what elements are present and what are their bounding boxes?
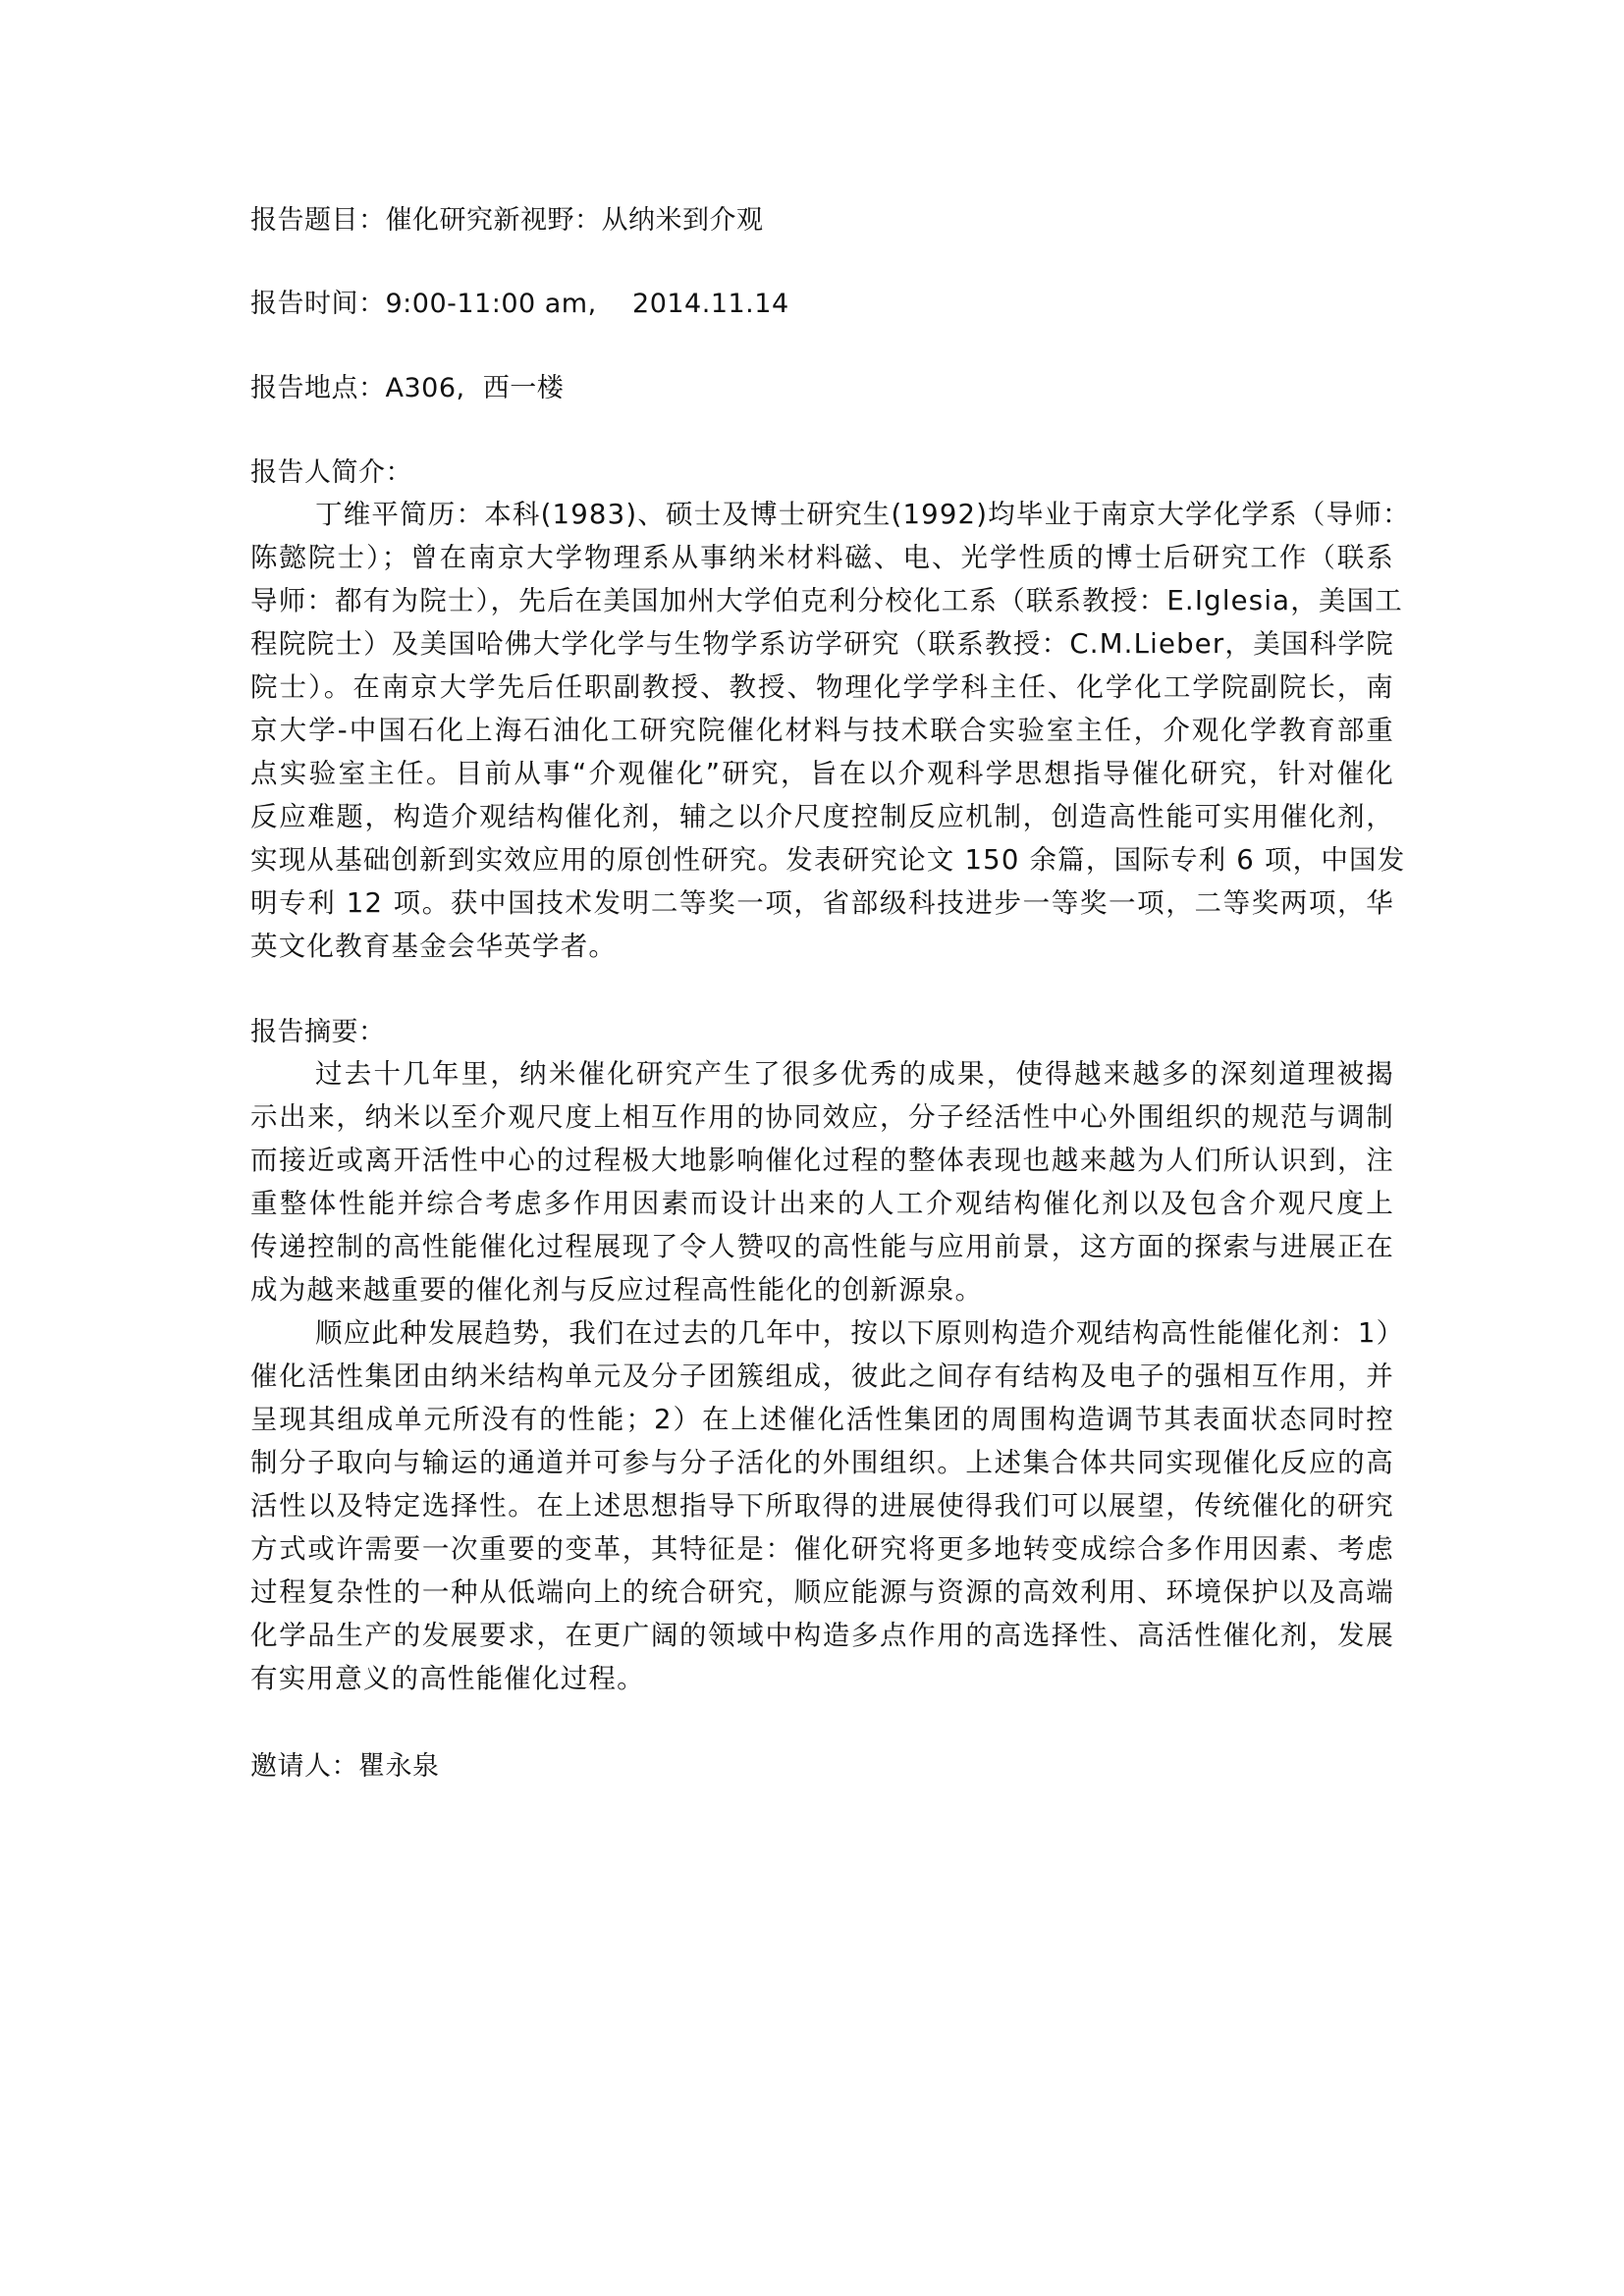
abstract-line: 活性以及特定选择性。在上述思想指导下所取得的进展使得我们可以展望，传统催化的研究 (250, 1484, 1394, 1527)
abstract-line: 化学品生产的发展要求，在更广阔的领域中构造多点作用的高选择性、高活性催化剂，发展 (250, 1614, 1394, 1657)
bio-line: 实现从基础创新到实效应用的原创性研究。发表研究论文 150 余篇，国际专利 6 … (250, 838, 1394, 881)
report-title-label: 报告题目： (250, 205, 386, 236)
report-time-field: 报告时间：9:00-11:00 am, 2014.11.14 (250, 285, 1394, 324)
document-page: 报告题目：催化研究新视野：从纳米到介观 报告时间：9:00-11:00 am, … (250, 201, 1394, 1787)
abstract-line: 而接近或离开活性中心的过程极大地影响催化过程的整体表现也越来越为人们所认识到，注 (250, 1139, 1394, 1182)
abstract-paragraph-1: 过去十几年里，纳米催化研究产生了很多优秀的成果，使得越来越多的深刻道理被揭 示出… (250, 1052, 1394, 1311)
report-title-field: 报告题目：催化研究新视野：从纳米到介观 (250, 201, 1394, 240)
abstract-line: 呈现其组成单元所没有的性能；2）在上述催化活性集团的周围构造调节其表面状态同时控 (250, 1398, 1394, 1441)
abstract-paragraph-2: 顺应此种发展趋势，我们在过去的几年中，按以下原则构造介观结构高性能催化剂：1） … (250, 1311, 1394, 1700)
report-time-value: 9:00-11:00 am, 2014.11.14 (386, 289, 789, 319)
abstract-line: 顺应此种发展趋势，我们在过去的几年中，按以下原则构造介观结构高性能催化剂：1） (250, 1311, 1394, 1355)
report-time-label: 报告时间： (250, 289, 386, 319)
bio-line: 英文化教育基金会华英学者。 (250, 925, 1394, 968)
abstract-line: 过去十几年里，纳米催化研究产生了很多优秀的成果，使得越来越多的深刻道理被揭 (250, 1052, 1394, 1095)
bio-line: 反应难题，构造介观结构催化剂，辅之以介尺度控制反应机制，创造高性能可实用催化剂， (250, 795, 1394, 838)
inviter-value: 瞿永泉 (358, 1751, 440, 1782)
bio-line: 明专利 12 项。获中国技术发明二等奖一项，省部级科技进步一等奖一项，二等奖两项… (250, 881, 1394, 925)
report-place-value: A306, 西一楼 (386, 373, 565, 403)
abstract-line: 方式或许需要一次重要的变革，其特征是：催化研究将更多地转变成综合多作用因素、考虑 (250, 1527, 1394, 1571)
bio-heading: 报告人简介： (250, 454, 1394, 493)
abstract-line: 有实用意义的高性能催化过程。 (250, 1657, 1394, 1700)
inviter-field: 邀请人：瞿永泉 (250, 1747, 1394, 1787)
abstract-line: 催化活性集团由纳米结构单元及分子团簇组成，彼此之间存有结构及电子的强相互作用，并 (250, 1355, 1394, 1398)
bio-line: 院士）。在南京大学先后任职副教授、教授、物理化学学科主任、化学化工学院副院长，南 (250, 666, 1394, 709)
bio-line: 丁维平简历：本科(1983)、硕士及博士研究生(1992)均毕业于南京大学化学系… (250, 493, 1394, 536)
report-place-label: 报告地点： (250, 373, 386, 403)
abstract-line: 过程复杂性的一种从低端向上的统合研究，顺应能源与资源的高效利用、环境保护以及高端 (250, 1571, 1394, 1614)
bio-line: 点实验室主任。目前从事“介观催化”研究，旨在以介观科学思想指导催化研究，针对催化 (250, 752, 1394, 795)
abstract-line: 示出来，纳米以至介观尺度上相互作用的协同效应，分子经活性中心外围组织的规范与调制 (250, 1095, 1394, 1139)
abstract-heading: 报告摘要： (250, 1013, 1394, 1052)
bio-line: 京大学-中国石化上海石油化工研究院催化材料与技术联合实验室主任，介观化学教育部重 (250, 709, 1394, 752)
abstract-line: 传递控制的高性能催化过程展现了令人赞叹的高性能与应用前景，这方面的探索与进展正在 (250, 1225, 1394, 1268)
report-title-value: 催化研究新视野：从纳米到介观 (386, 205, 764, 236)
inviter-label: 邀请人： (250, 1751, 358, 1782)
bio-line: 导师：都有为院士），先后在美国加州大学伯克利分校化工系（联系教授：E.Igles… (250, 579, 1394, 622)
abstract-line: 制分子取向与输运的通道并可参与分子活化的外围组织。上述集合体共同实现催化反应的高 (250, 1441, 1394, 1484)
abstract-line: 重整体性能并综合考虑多作用因素而设计出来的人工介观结构催化剂以及包含介观尺度上 (250, 1182, 1394, 1225)
bio-line: 陈懿院士）；曾在南京大学物理系从事纳米材料磁、电、光学性质的博士后研究工作（联系 (250, 536, 1394, 579)
bio-line: 程院院士）及美国哈佛大学化学与生物学系访学研究（联系教授：C.M.Lieber，… (250, 622, 1394, 666)
bio-paragraph: 丁维平简历：本科(1983)、硕士及博士研究生(1992)均毕业于南京大学化学系… (250, 493, 1394, 968)
report-place-field: 报告地点：A306, 西一楼 (250, 369, 1394, 408)
abstract-line: 成为越来越重要的催化剂与反应过程高性能化的创新源泉。 (250, 1268, 1394, 1311)
